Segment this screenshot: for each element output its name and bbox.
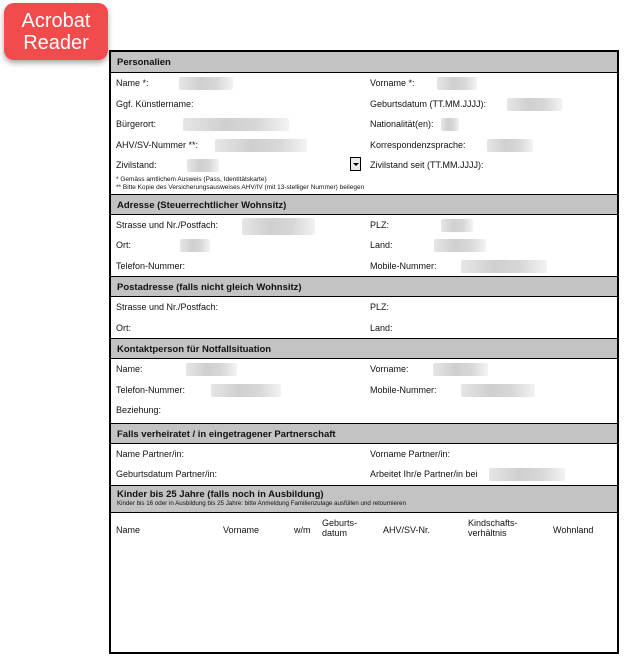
- field-partner-arbeitet[interactable]: [489, 468, 565, 481]
- form-row: Geburtsdatum Partner/in: Arbeitet Ihr/e …: [111, 464, 617, 485]
- form-row: Strasse und Nr./Postfach: PLZ:: [111, 215, 617, 236]
- badge-line2: Reader: [4, 32, 108, 54]
- field-ahv[interactable]: [215, 139, 307, 152]
- label-ahv: AHV/SV-Nummer **:: [116, 140, 198, 150]
- field-kontakt-name[interactable]: [186, 363, 237, 376]
- form-row: Zivilstand: Zivilstand seit (TT.MM.JJJJ)…: [111, 155, 617, 176]
- field-nationalitaet[interactable]: [441, 118, 459, 131]
- col-vorname: Vorname: [223, 525, 259, 535]
- field-kontakt-mobile[interactable]: [461, 384, 535, 397]
- form-row: Bürgerort: Nationalität(en):: [111, 114, 617, 135]
- form-row: Ort: Land:: [111, 318, 617, 339]
- section-header-adresse: Adresse (Steuerrechtlicher Wohnsitz): [111, 194, 617, 215]
- col-geburtsdatum-2: datum: [322, 528, 347, 538]
- label-post-land: Land:: [370, 323, 393, 333]
- field-ort[interactable]: [180, 239, 210, 252]
- field-mobile[interactable]: [461, 260, 547, 273]
- col-ahv: AHV/SV-Nr.: [383, 525, 430, 535]
- form-row: Strasse und Nr./Postfach: PLZ:: [111, 297, 617, 318]
- label-telefon: Telefon-Nummer:: [116, 261, 185, 271]
- label-ort: Ort:: [116, 240, 131, 250]
- form-row: Ggf. Künstlername: Geburtsdatum (TT.MM.J…: [111, 94, 617, 115]
- form-row: Telefon-Nummer: Mobile-Nummer:: [111, 380, 617, 401]
- label-kontakt-telefon: Telefon-Nummer:: [116, 385, 185, 395]
- label-partner-vorname: Vorname Partner/in:: [370, 449, 450, 459]
- label-korrespondenzsprache: Korrespondenzsprache:: [370, 140, 466, 150]
- label-vorname: Vorname *:: [370, 78, 415, 88]
- form-row: Name Partner/in: Vorname Partner/in:: [111, 444, 617, 465]
- label-post-plz: PLZ:: [370, 302, 389, 312]
- label-kontakt-vorname: Vorname:: [370, 364, 409, 374]
- form-row: Telefon-Nummer: Mobile-Nummer:: [111, 256, 617, 277]
- field-kontakt-vorname[interactable]: [433, 363, 488, 376]
- label-plz: PLZ:: [370, 220, 389, 230]
- label-zivilstand-seit: Zivilstand seit (TT.MM.JJJJ):: [370, 160, 484, 170]
- col-wohnland: Wohnland: [553, 525, 593, 535]
- section-header-personalien: Personalien: [111, 52, 617, 73]
- field-strasse[interactable]: [242, 218, 315, 235]
- form-row: Name: Vorname:: [111, 359, 617, 380]
- field-plz[interactable]: [441, 219, 473, 232]
- label-beziehung: Beziehung:: [116, 405, 161, 415]
- field-land[interactable]: [434, 239, 486, 252]
- field-kontakt-telefon[interactable]: [211, 384, 281, 397]
- kinder-title: Kinder bis 25 Jahre (falls noch in Ausbi…: [117, 489, 324, 500]
- label-partner-arbeitet: Arbeitet Ihr/e Partner/in bei: [370, 469, 478, 479]
- field-korrespondenzsprache[interactable]: [487, 139, 533, 152]
- field-zivilstand[interactable]: [187, 159, 219, 172]
- badge-line1: Acrobat: [4, 10, 108, 32]
- section-header-partner: Falls verheiratet / in eingetragener Par…: [111, 423, 617, 444]
- col-wm: w/m: [294, 525, 311, 535]
- section-header-kontakt: Kontaktperson für Notfallsituation: [111, 338, 617, 359]
- label-partner-name: Name Partner/in:: [116, 449, 184, 459]
- zivilstand-dropdown-button[interactable]: [350, 157, 361, 171]
- kinder-table-header: Name Vorname w/m Geburts- datum AHV/SV-N…: [111, 513, 617, 543]
- label-kontakt-mobile: Mobile-Nummer:: [370, 385, 437, 395]
- kinder-subtitle: Kinder bis 16 oder in Ausbildung bis 25 …: [117, 500, 617, 508]
- acrobat-reader-badge: Acrobat Reader: [4, 3, 108, 60]
- col-geburtsdatum-1: Geburts-: [322, 518, 357, 528]
- label-name: Name *:: [116, 78, 149, 88]
- form-row: AHV/SV-Nummer **: Korrespondenzsprache:: [111, 135, 617, 156]
- label-land: Land:: [370, 240, 393, 250]
- label-partner-geburtsdatum: Geburtsdatum Partner/in:: [116, 469, 217, 479]
- field-geburtsdatum[interactable]: [507, 98, 562, 111]
- footnote-2: ** Bitte Kopie des Versicherungsausweise…: [111, 184, 617, 194]
- label-post-ort: Ort:: [116, 323, 131, 333]
- personnel-form: Personalien Name *: Vorname *: Ggf. Küns…: [109, 50, 619, 654]
- label-kontakt-name: Name:: [116, 364, 143, 374]
- label-mobile: Mobile-Nummer:: [370, 261, 437, 271]
- form-row: Beziehung:: [111, 400, 617, 421]
- form-row: Name *: Vorname *:: [111, 73, 617, 94]
- label-strasse: Strasse und Nr./Postfach:: [116, 220, 218, 230]
- col-kindschaft-1: Kindschafts-: [468, 518, 518, 528]
- section-header-kinder: Kinder bis 25 Jahre (falls noch in Ausbi…: [111, 485, 617, 513]
- field-name[interactable]: [179, 77, 233, 90]
- field-buergerort[interactable]: [183, 118, 289, 131]
- form-row: Ort: Land:: [111, 235, 617, 256]
- field-vorname[interactable]: [437, 77, 477, 90]
- label-nationalitaet: Nationalität(en):: [370, 119, 434, 129]
- col-kindschaft-2: verhältnis: [468, 528, 507, 538]
- label-kuenstlername: Ggf. Künstlername:: [116, 99, 194, 109]
- col-name: Name: [116, 525, 140, 535]
- label-geburtsdatum: Geburtsdatum (TT.MM.JJJJ):: [370, 99, 486, 109]
- label-zivilstand: Zivilstand:: [116, 160, 157, 170]
- section-header-postadresse: Postadresse (falls nicht gleich Wohnsitz…: [111, 276, 617, 297]
- label-buergerort: Bürgerort:: [116, 119, 156, 129]
- label-post-strasse: Strasse und Nr./Postfach:: [116, 302, 218, 312]
- footnote-1: * Gemäss amtlichem Ausweis (Pass, Identi…: [111, 176, 617, 184]
